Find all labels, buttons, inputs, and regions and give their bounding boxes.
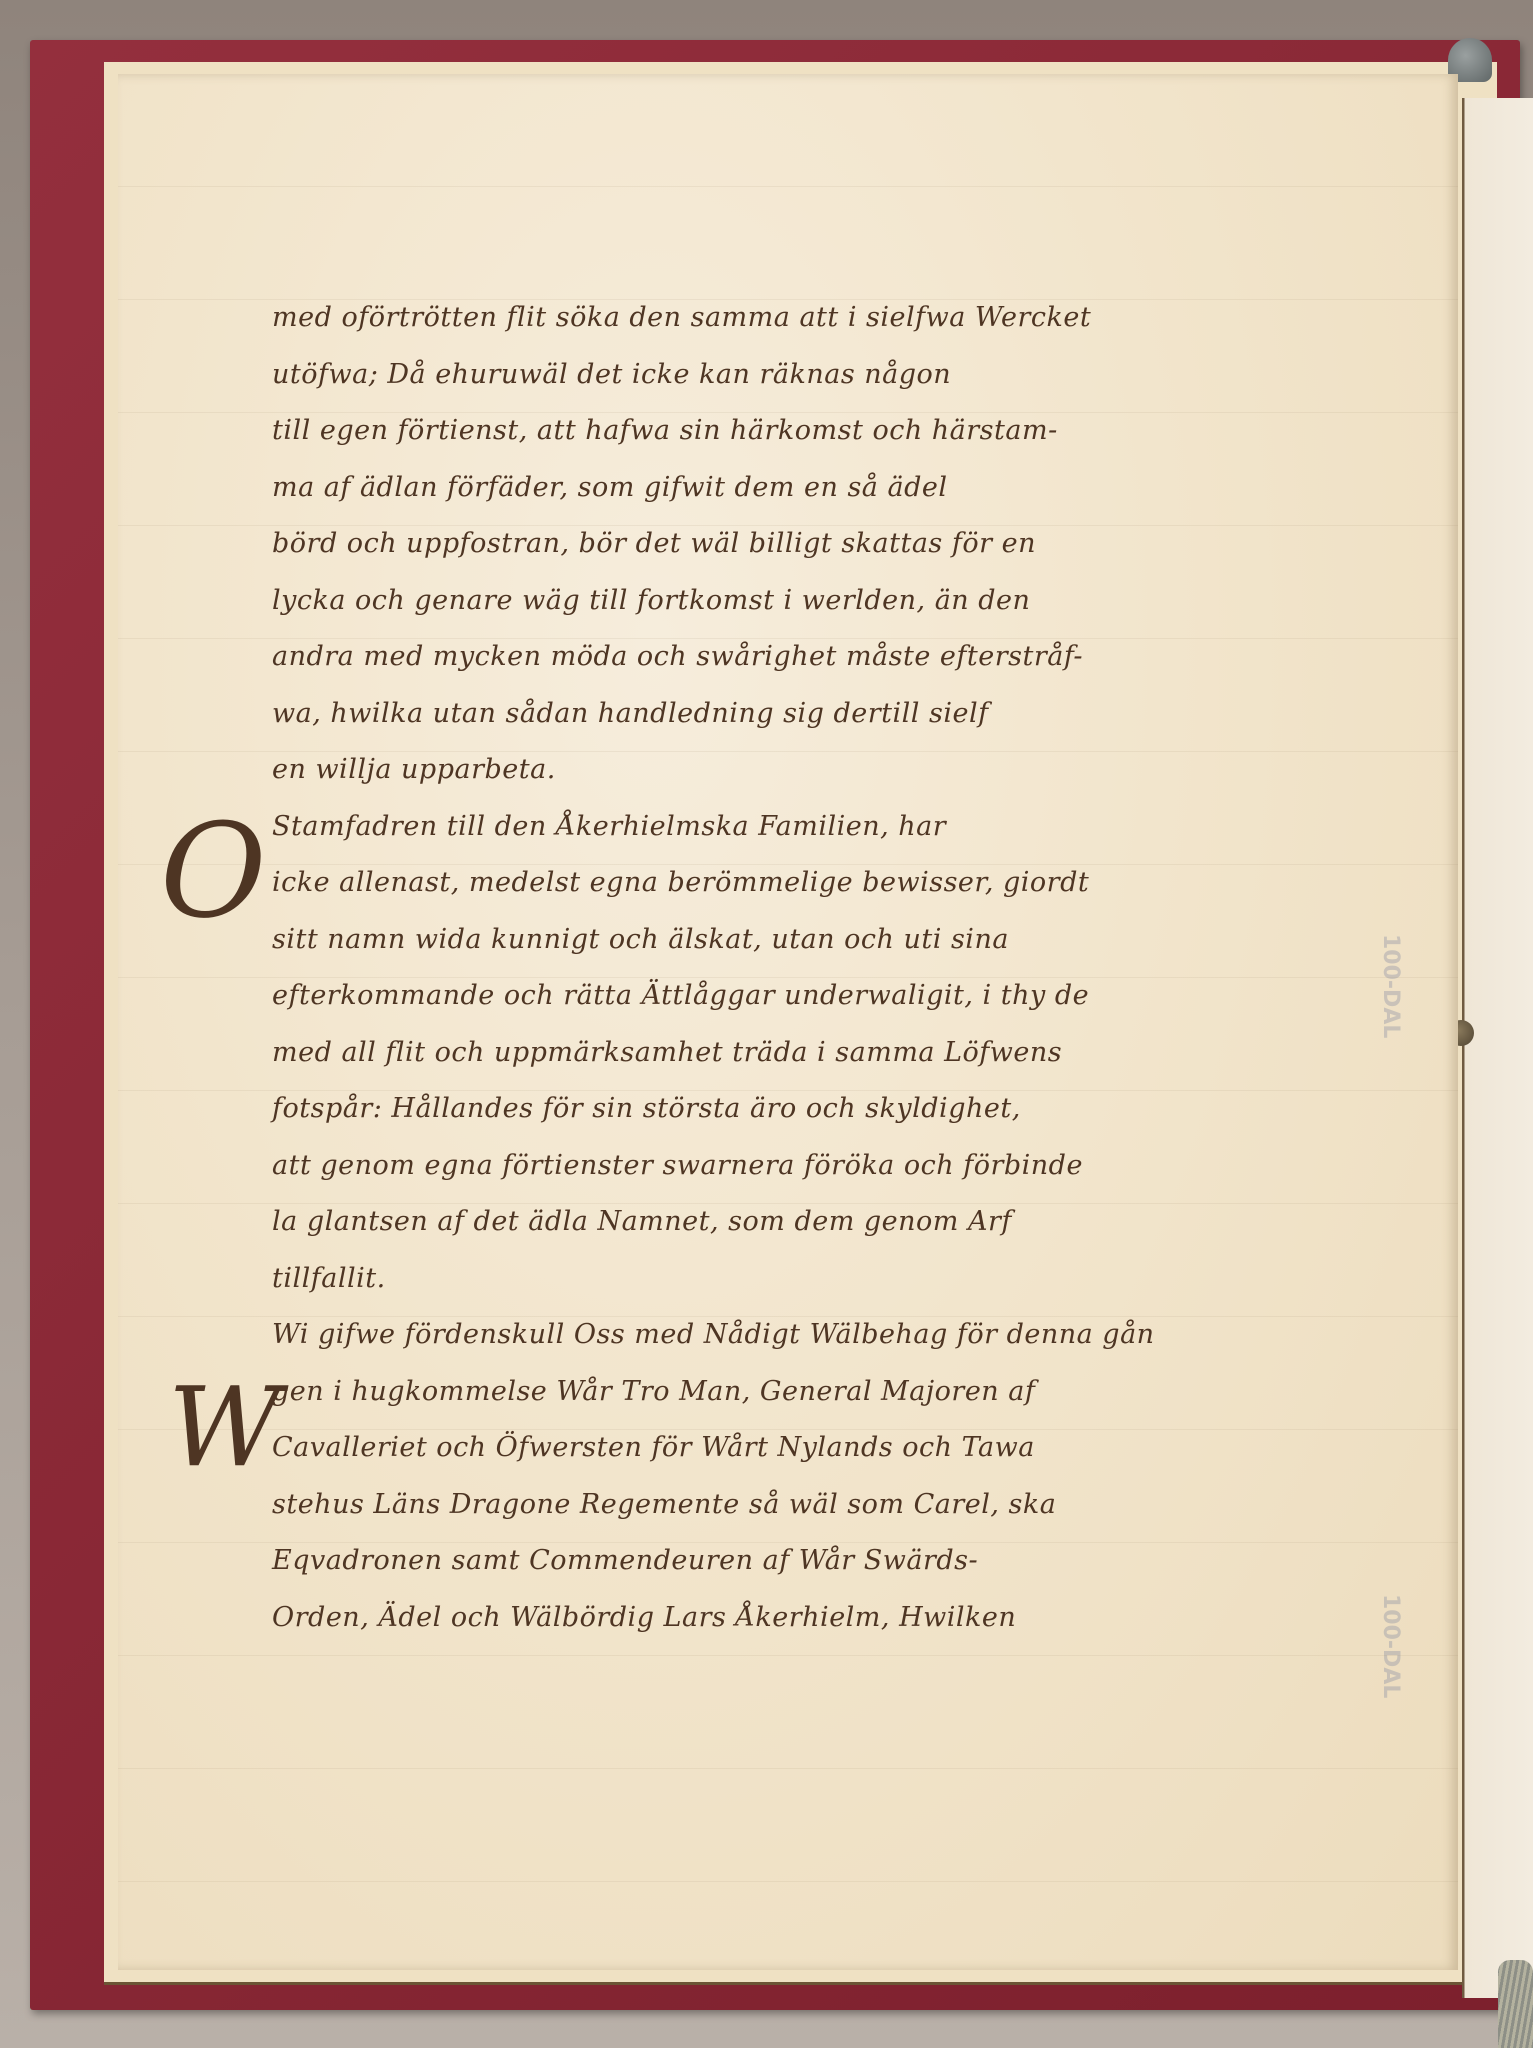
text-line: en willja upparbeta.: [272, 742, 1312, 799]
text-line: Stamfadren till den Åkerhielmska Familie…: [272, 799, 1312, 856]
text-line: utöfwa; Då ehuruwäl det icke kan räknas …: [272, 347, 1312, 404]
library-stamp: 100-DAL: [1378, 934, 1403, 1038]
text-line: Wi gifwe fördenskull Oss med Nådigt Wälb…: [272, 1307, 1312, 1364]
text-line: med oförtrötten flit söka den samma att …: [272, 290, 1312, 347]
binding-cord-tassel: [1498, 1960, 1533, 2048]
text-line: wa, hwilka utan sådan handledning sig de…: [272, 686, 1312, 743]
library-stamp: 100-DAL: [1378, 1594, 1403, 1698]
text-line: ma af ädlan förfäder, som gifwit dem en …: [272, 460, 1312, 517]
text-line: till egen förtienst, att hafwa sin härko…: [272, 403, 1312, 460]
text-line: andra med mycken möda och swårighet måst…: [272, 629, 1312, 686]
text-line: Orden, Ädel och Wälbördig Lars Åkerhielm…: [272, 1590, 1312, 1647]
text-line: gen i hugkommelse Wår Tro Man, General M…: [272, 1364, 1312, 1421]
text-line: med all flit och uppmärksamhet träda i s…: [272, 1025, 1312, 1082]
text-line: stehus Läns Dragone Regemente så wäl som…: [272, 1477, 1312, 1534]
text-line: icke allenast, medelst egna berömmelige …: [272, 855, 1312, 912]
manuscript-text: med oförtrötten flit söka den samma att …: [272, 290, 1312, 1646]
text-line: Cavalleriet och Öfwersten för Wårt Nylan…: [272, 1420, 1312, 1477]
text-line: Eqvadronen samt Commendeuren af Wår Swär…: [272, 1533, 1312, 1590]
text-line: börd och uppfostran, bör det wäl billigt…: [272, 516, 1312, 573]
text-line: efterkommande och rätta Ättlåggar underw…: [272, 968, 1312, 1025]
text-line: sitt namn wida kunnigt och älskat, utan …: [272, 912, 1312, 969]
text-line: la glantsen af det ädla Namnet, som dem …: [272, 1194, 1312, 1251]
adjacent-page-edge: [1462, 98, 1533, 1998]
decorative-initial: W: [168, 1372, 281, 1482]
text-line: lycka och genare wäg till fortkomst i we…: [272, 573, 1312, 630]
text-line: fotspår: Hållandes för sin största äro o…: [272, 1081, 1312, 1138]
text-line: tillfallit.: [272, 1251, 1312, 1308]
decorative-initial: O: [160, 806, 267, 936]
text-line: att genom egna förtienster swarnera förö…: [272, 1138, 1312, 1195]
